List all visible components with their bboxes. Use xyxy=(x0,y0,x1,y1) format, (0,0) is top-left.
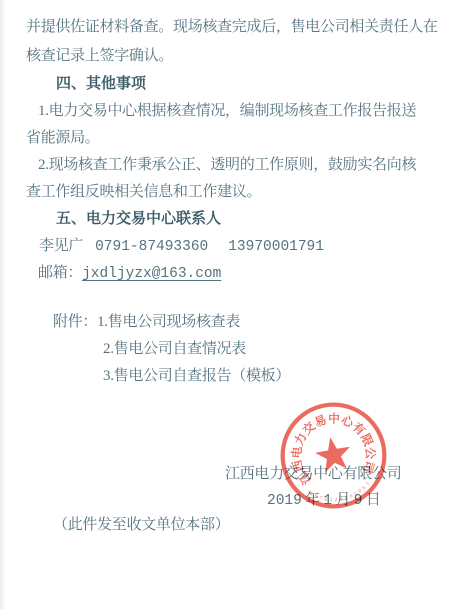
email-line: 邮箱：jxdljyzx@163.com xyxy=(38,265,221,283)
svg-text:0: 0 xyxy=(357,488,363,495)
attachments-line-1: 附件：1.售电公司现场核查表 xyxy=(53,314,240,331)
section-heading-other-matters: 四、其他事项 xyxy=(56,76,146,93)
svg-text:2: 2 xyxy=(335,497,338,503)
svg-text:0: 0 xyxy=(344,495,349,502)
svg-text:0: 0 xyxy=(339,496,343,502)
svg-text:6: 6 xyxy=(324,496,328,502)
svg-text:中: 中 xyxy=(328,412,340,426)
svg-text:3: 3 xyxy=(329,497,332,503)
contact-name: 李见广 xyxy=(39,238,83,254)
other-item2-line1: 2.现场核查工作秉承公正、透明的工作原则，鼓励实名向核 xyxy=(38,157,416,174)
other-item1-line1: 1.电力交易中心根据核查情况，编制现场核查工作报告报送 xyxy=(38,103,416,120)
svg-text:0: 0 xyxy=(313,493,318,500)
official-seal: 江西电力交易中心有限公司 3601000236705 xyxy=(277,399,390,512)
email-link[interactable]: jxdljyzx@163.com xyxy=(82,266,221,282)
scanned-document-page: 并提供佐证材料备查。现场核查完成后，售电公司相关责任人在 核查记录上签字确认。 … xyxy=(0,0,457,609)
other-item1-line2: 省能源局。 xyxy=(26,130,100,147)
seal-star-icon xyxy=(313,434,354,473)
body-line-continuation-2: 核查记录上签字确认。 xyxy=(26,48,173,65)
distribution-note: （此件发至收文单位本部） xyxy=(53,517,229,534)
svg-text:5: 5 xyxy=(309,491,315,498)
email-label: 邮箱： xyxy=(38,265,82,281)
svg-text:3: 3 xyxy=(365,481,372,487)
other-item2-line2: 查工作组反映相关信息和工作建议。 xyxy=(26,184,261,201)
attachment-item: 1.售电公司现场核查表 xyxy=(97,314,240,330)
body-line-continuation-1: 并提供佐证材料备查。现场核查完成后，售电公司相关责任人在 xyxy=(26,19,438,36)
svg-text:电: 电 xyxy=(289,446,304,459)
contact-phone-office: 0791-87493360 xyxy=(95,239,208,255)
contact-phone-mobile: 13970001791 xyxy=(228,239,324,255)
section-heading-contact: 五、电力交易中心联系人 xyxy=(56,211,221,228)
attachments-label: 附件： xyxy=(53,314,97,330)
svg-text:0: 0 xyxy=(349,493,354,500)
svg-text:公: 公 xyxy=(363,447,378,460)
attachment-item: 2.售电公司自查情况表 xyxy=(103,341,246,358)
attachment-item: 3.售电公司自查报告（模板） xyxy=(103,368,290,385)
svg-text:7: 7 xyxy=(319,495,324,502)
svg-text:司: 司 xyxy=(360,459,377,475)
contact-line: 李见广0791-8749336013970001791 xyxy=(39,238,324,256)
svg-text:1: 1 xyxy=(353,491,359,498)
